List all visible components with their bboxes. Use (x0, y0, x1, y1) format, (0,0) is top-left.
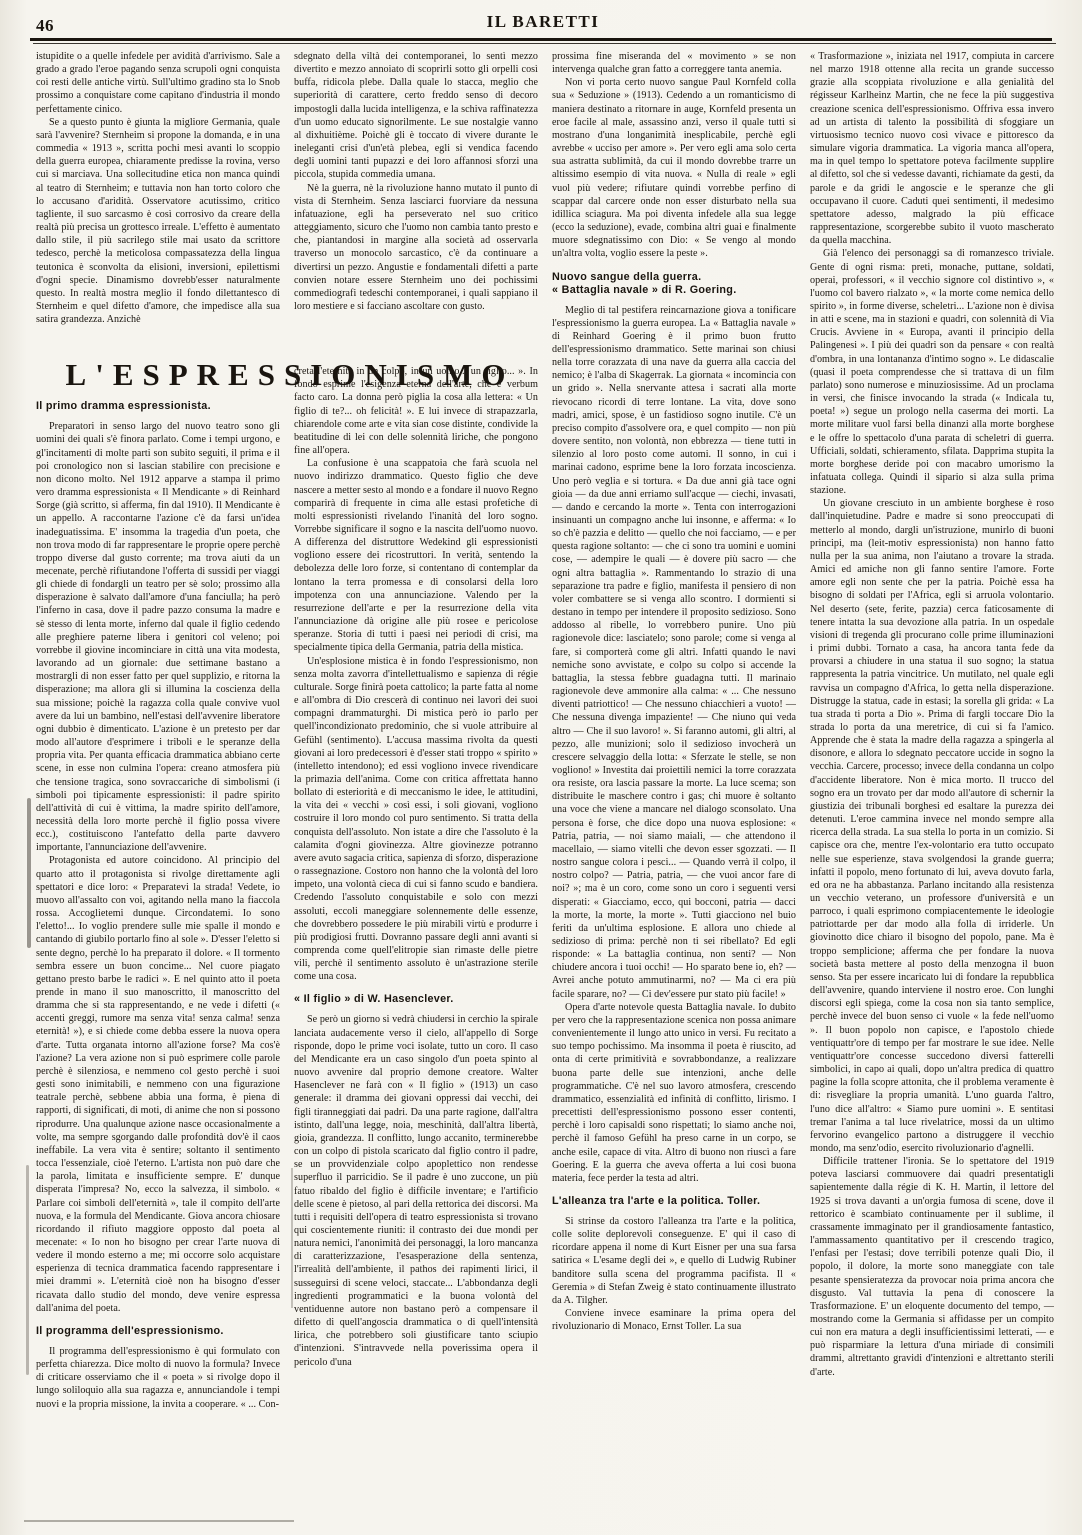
paragraph: Conviene invece esaminare la prima opera… (552, 1307, 796, 1333)
text-column-2: sdegnato della viltà dei contemporanei, … (294, 50, 538, 1490)
heading-line: Nuovo sangue della guerra. (552, 271, 796, 284)
paragraph: Già l'elenco dei personaggi sa di romanz… (810, 247, 1054, 497)
paragraph: prossima fine miseranda del « movimento … (552, 50, 796, 76)
paragraph: Difficile trattener l'ironia. Se lo spet… (810, 1155, 1054, 1379)
paragraph: istupidite o a quelle infedele per avidi… (36, 50, 280, 116)
header-rule-thin (33, 43, 1056, 44)
paragraph: Se però un giorno si vedrà chiudersi in … (294, 1013, 538, 1368)
section-heading-battaglia-navale: Nuovo sangue della guerra. « Battaglia n… (552, 271, 796, 297)
section-heading-il-figlio: « Il figlio » di W. Hasenclever. (294, 993, 538, 1006)
text-column-4: « Trasformazione », iniziata nel 1917, c… (810, 50, 1054, 1490)
paragraph: La confusione è una scappatoia che farà … (294, 457, 538, 654)
headline-spacer (294, 313, 538, 365)
text-column-1: istupidite o a quelle infedele per avidi… (36, 50, 280, 1490)
page-header: 46 IL BARETTI (30, 8, 1056, 48)
scan-ink-artifact (291, 1168, 293, 1308)
newspaper-page: { "theme": { "paper": "#f7f5ef", "ink": … (0, 0, 1082, 1535)
paragraph: Non vi porta certo nuovo sangue Paul Kor… (552, 76, 796, 260)
paragraph: Il programma dell'espressionismo è qui f… (36, 1345, 280, 1411)
paragraph: Nè la guerra, nè la rivoluzione hanno mu… (294, 182, 538, 314)
paragraph: « Trasformazione », iniziata nel 1917, c… (810, 50, 1054, 247)
headline-spacer (36, 326, 280, 390)
paragraph: creta l'eternità in un colpo, in un uomo… (294, 365, 538, 457)
paragraph: Se a questo punto è giunta la migliore G… (36, 116, 280, 327)
section-heading-primo-dramma: Il primo dramma espressionista. (36, 400, 280, 413)
paragraph: Protagonista ed autore coincidono. Al pr… (36, 854, 280, 1314)
scan-ink-artifact (24, 1520, 294, 1522)
paragraph: Meglio di tal pestifera reincarnazione g… (552, 304, 796, 1001)
paragraph: sdegnato della viltà dei contemporanei, … (294, 50, 538, 182)
section-heading-alleanza-toller: L'alleanza tra l'arte e la politica. Tol… (552, 1195, 796, 1208)
paragraph: Un'esplosione mistica è in fondo l'espre… (294, 655, 538, 984)
masthead-title: IL BARETTI (30, 12, 1056, 32)
paragraph: Preparatori in senso largo del nuovo tea… (36, 420, 280, 854)
scan-ink-artifact (26, 1165, 29, 1375)
section-heading-programma: Il programma dell'espressionismo. (36, 1325, 280, 1338)
text-column-3: prossima fine miseranda del « movimento … (552, 50, 796, 1490)
paragraph: Un giovane cresciuto in un ambiente borg… (810, 497, 1054, 1155)
header-rule-thick (30, 38, 1052, 41)
scan-ink-artifact (27, 798, 31, 948)
heading-line: « Battaglia navale » di R. Goering. (552, 284, 796, 297)
paragraph: Opera d'arte notevole questa Battaglia n… (552, 1001, 796, 1185)
paragraph: Si strinse da costoro l'alleanza tra l'a… (552, 1215, 796, 1307)
